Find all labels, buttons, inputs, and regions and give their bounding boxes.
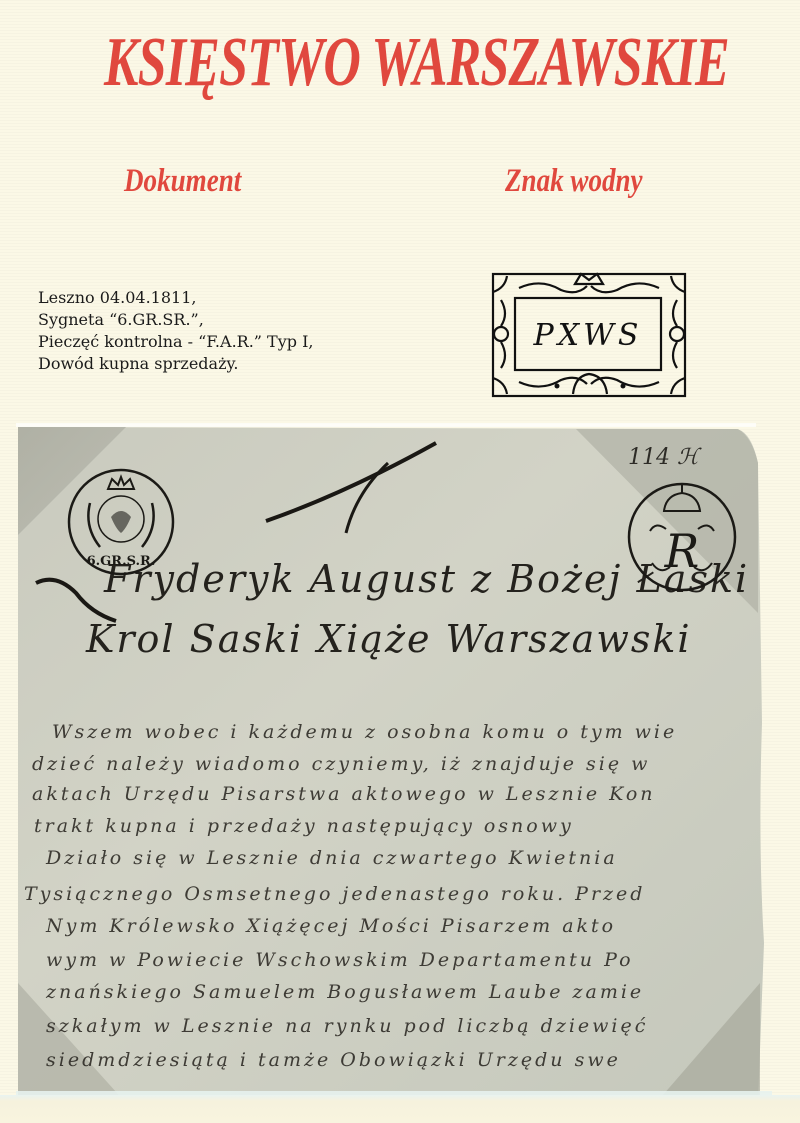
handwritten-line: trakt kupna i przedaży następujący osnow… [34,815,574,837]
handwritten-line: wym w Powiecie Wschowskim Departamentu P… [46,949,634,971]
watermark-frame-icon: PXWS [491,270,687,400]
handwritten-line: Tysiącznego Osmsetnego jedenastego roku.… [24,883,645,905]
caption-line: Dowód kupna sprzedaży. [38,353,314,375]
caption-line: Sygneta “6.GR.SR.”, [38,309,314,331]
historical-document-photo: 6.GR.S.R. R 114 ℋ Fryderyk August z Boże… [16,423,772,1123]
handwritten-line: aktach Urzędu Pisarstwa aktowego w Leszn… [32,783,656,805]
page-title: KSIĘSTWO WARSZAWSKIE [104,28,696,98]
handwritten-line: Krol Saski Xiąże Warszawski [86,617,692,661]
handwritten-line: Działo się w Lesznie dnia czwartego Kwie… [46,847,618,869]
handwritten-line: Fryderyk August z Bożej Łaski [104,557,749,601]
handwritten-line: znańskiego Samuelem Bogusławem Laube zam… [46,981,644,1003]
svg-text:PXWS: PXWS [533,318,643,353]
document-caption: Leszno 04.04.1811, Sygneta “6.GR.SR.”, P… [38,287,314,375]
watermark-heading: Znak wodny [505,163,643,200]
handwritten-text: Fryderyk August z Bożej Łaski Krol Saski… [16,423,772,1123]
document-heading: Dokument [124,163,241,200]
caption-line: Pieczęć kontrolna - “F.A.R.” Typ I, [38,331,314,353]
handwritten-line: siedmdziesiątą i tamże Obowiązki Urzędu … [46,1049,621,1071]
caption-line: Leszno 04.04.1811, [38,287,314,309]
handwritten-line: szkałym w Lesznie na rynku pod liczbą dz… [46,1015,648,1037]
handwritten-line: Wszem wobec i każdemu z osobna komu o ty… [52,721,677,743]
handwritten-line: dzieć należy wiadomo czyniemy, iż znajdu… [32,753,650,775]
handwritten-line: Nym Królewsko Xiążęcej Mości Pisarzem ak… [46,915,616,937]
album-page-bottom [0,1095,800,1123]
